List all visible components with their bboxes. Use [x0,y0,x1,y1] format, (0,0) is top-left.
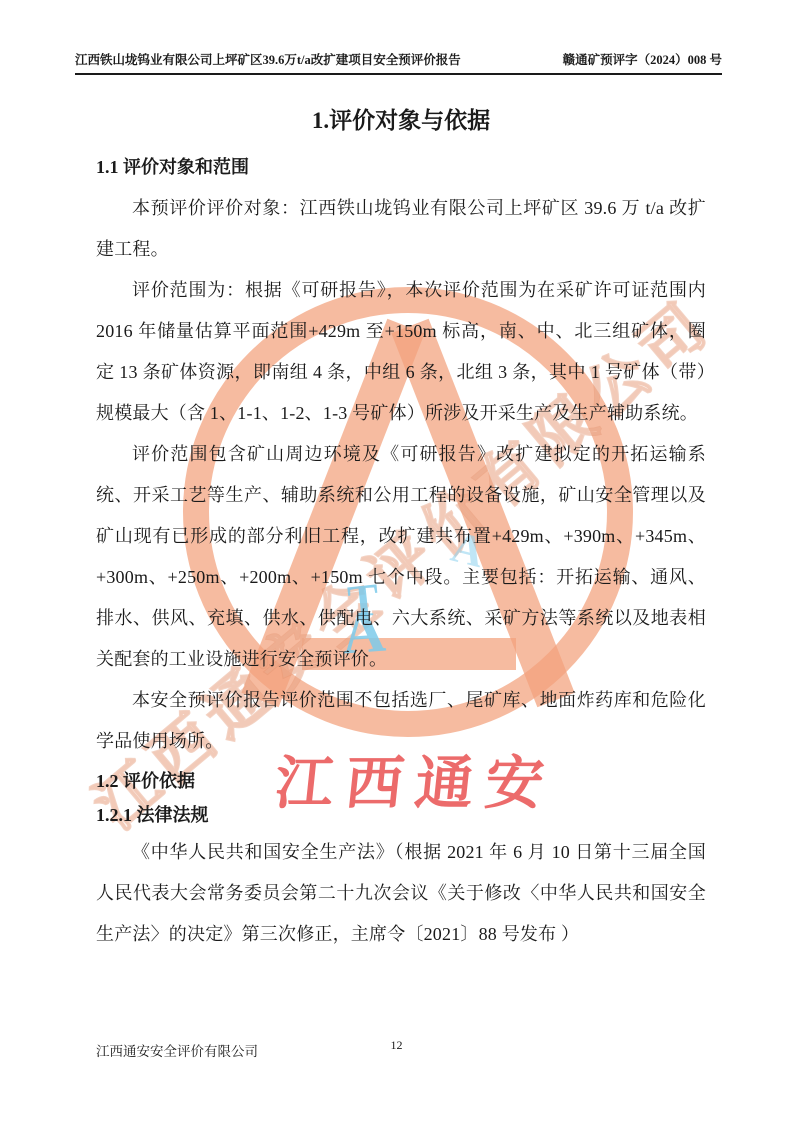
section-heading-1-1: 1.1 评价对象和范围 [96,154,706,180]
chapter-title: 1.评价对象与依据 [96,104,706,138]
section-heading-1-2: 1.2 评价依据 [96,768,706,794]
document-page: 江西通安全评价有限公司 T A A 江西通安 江西铁山垅钨业有限公司上坪矿区39… [0,0,793,1122]
paragraph-scope-exclusions: 本安全预评价报告评价范围不包括选厂、尾矿库、地面炸药库和危险化学品使用场所。 [96,680,706,762]
document-body: 1.评价对象与依据 1.1 评价对象和范围 本预评价评价对象：江西铁山垅钨业有限… [96,0,706,955]
section-heading-1-2-1: 1.2.1 法律法规 [96,802,706,828]
paragraph-scope-systems: 评价范围包含矿山周边环境及《可研报告》改扩建拟定的开拓运输系统、开采工艺等生产、… [96,434,706,680]
paragraph-evaluation-scope: 评价范围为：根据《可研报告》，本次评价范围为在采矿许可证范围内 2016 年储量… [96,270,706,434]
paragraph-evaluation-object: 本预评价评价对象：江西铁山垅钨业有限公司上坪矿区 39.6 万 t/a 改扩建工… [96,188,706,270]
paragraph-law-reference: 《中华人民共和国安全生产法》（根据 2021 年 6 月 10 日第十三届全国人… [96,832,706,955]
page-number: 12 [0,1038,793,1053]
